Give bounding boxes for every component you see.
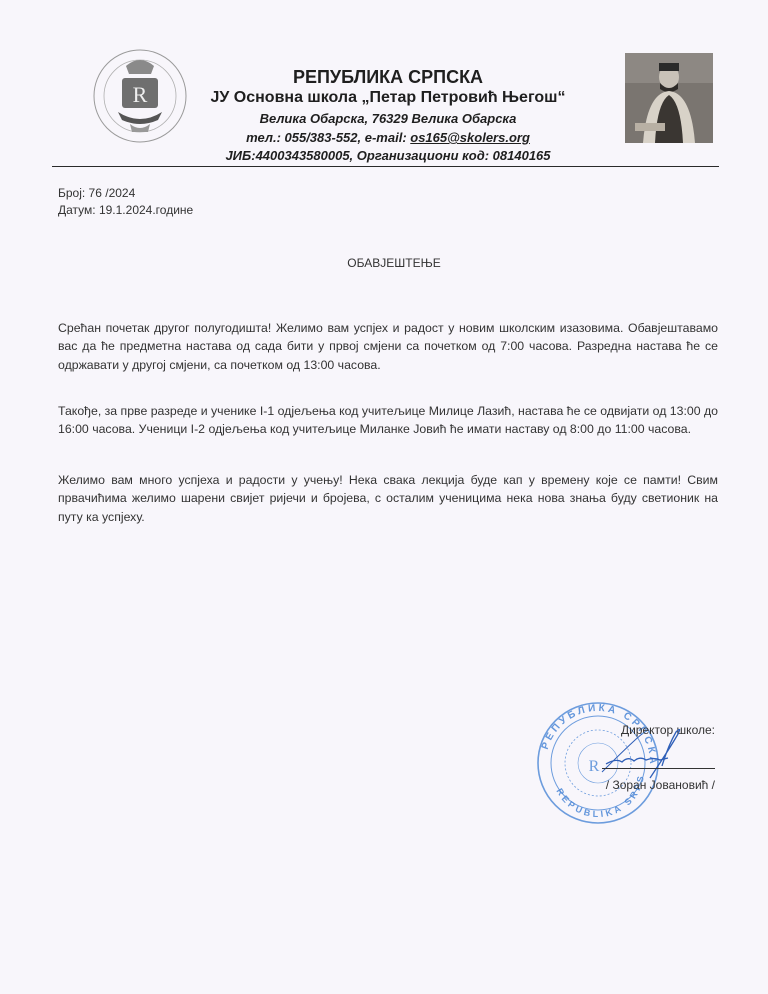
svg-text:R: R	[133, 82, 148, 107]
country-heading: РЕПУБЛИКА СРПСКА	[150, 67, 626, 88]
paragraph: Срећан почетак другог полугодишта! Желим…	[58, 319, 718, 374]
email-link[interactable]: os165@skolers.org	[410, 130, 530, 145]
school-name: ЈУ Основна школа „Петар Петровић Његош“	[150, 89, 626, 107]
paragraph: Желимо вам много успјеха и радости у уче…	[58, 471, 718, 526]
document-title: ОБАВЈЕШТЕЊЕ	[0, 256, 768, 270]
document-date: Датум: 19.1.2024.године	[58, 203, 193, 217]
signature-line	[602, 768, 715, 769]
contact-text: тел.: 055/383-552, e-mail:	[246, 130, 410, 145]
director-name: / Зоран Јовановић /	[560, 778, 715, 792]
svg-text:R: R	[589, 758, 600, 775]
school-ids: ЈИБ:4400343580005, Организациони код: 08…	[150, 148, 626, 163]
header-divider	[52, 166, 719, 167]
document-number: Број: 76 /2024	[58, 186, 135, 200]
portrait-image	[625, 53, 713, 143]
document-page: R РЕПУБЛИКА СРПСКА ЈУ Основна школа „Пет…	[0, 0, 768, 994]
school-address: Велика Обарска, 76329 Велика Обарска	[150, 111, 626, 126]
paragraph: Такође, за прве разреде и ученике I-1 од…	[58, 402, 718, 439]
handwritten-signature-icon	[600, 728, 685, 780]
school-contact: тел.: 055/383-552, e-mail: os165@skolers…	[150, 130, 626, 145]
